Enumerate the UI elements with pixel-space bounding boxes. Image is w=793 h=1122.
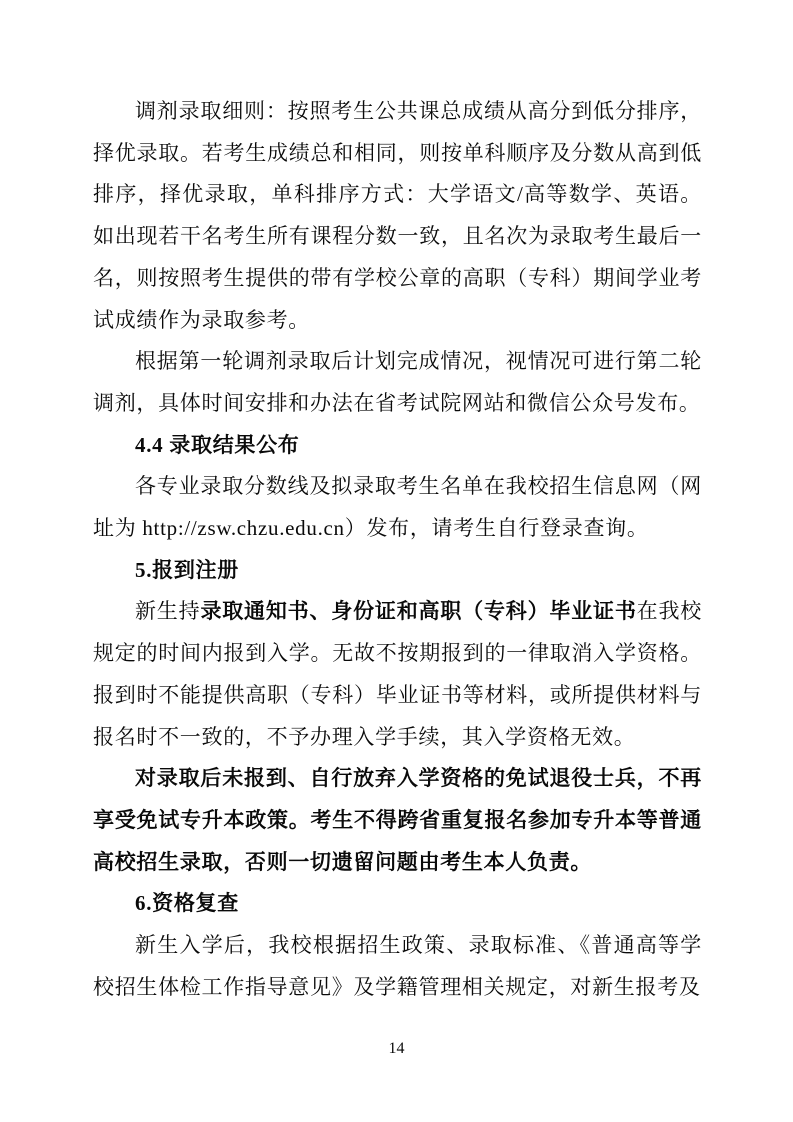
text-run: 新生持 bbox=[135, 599, 200, 623]
section-heading: 5.报到注册 bbox=[93, 550, 702, 592]
text-run: 录取通知书、身份证和高职（专科）毕业证书 bbox=[200, 599, 636, 623]
page-number: 14 bbox=[0, 1038, 793, 1060]
paragraph: 根据第一轮调剂录取后计划完成情况，视情况可进行第二轮调剂，具体时间安排和办法在省… bbox=[93, 341, 702, 424]
text-run: 新生入学后，我校根据招生政策、录取标准、《普通高等学校招生体检工作指导意见》及学… bbox=[93, 933, 702, 999]
paragraph: 各专业录取分数线及拟录取考生名单在我校招生信息网（网址为 http://zsw.… bbox=[93, 466, 702, 549]
paragraph: 对录取后未报到、自行放弃入学资格的免试退役士兵，不再享受免试专升本政策。考生不得… bbox=[93, 758, 702, 883]
text-run: 6.资格复查 bbox=[135, 891, 239, 915]
text-run: 5.报到注册 bbox=[135, 558, 239, 582]
section-heading: 6.资格复查 bbox=[93, 883, 702, 925]
text-run: 各专业录取分数线及拟录取考生名单在我校招生信息网（网址为 http://zsw.… bbox=[93, 474, 702, 540]
paragraph: 调剂录取细则：按照考生公共课总成绩从高分到低分排序，择优录取。若考生成绩总和相同… bbox=[93, 91, 702, 341]
text-run: 对录取后未报到、自行放弃入学资格的免试退役士兵，不再享受免试专升本政策。考生不得… bbox=[93, 766, 702, 873]
document-body: 调剂录取细则：按照考生公共课总成绩从高分到低分排序，择优录取。若考生成绩总和相同… bbox=[93, 91, 702, 1008]
document-page: 调剂录取细则：按照考生公共课总成绩从高分到低分排序，择优录取。若考生成绩总和相同… bbox=[0, 0, 793, 1122]
text-run: 调剂录取细则：按照考生公共课总成绩从高分到低分排序，择优录取。若考生成绩总和相同… bbox=[93, 99, 702, 332]
text-run: 根据第一轮调剂录取后计划完成情况，视情况可进行第二轮调剂，具体时间安排和办法在省… bbox=[93, 349, 702, 415]
paragraph: 新生持录取通知书、身份证和高职（专科）毕业证书在我校规定的时间内报到入学。无故不… bbox=[93, 591, 702, 758]
text-run: 4.4 录取结果公布 bbox=[135, 433, 300, 457]
paragraph: 新生入学后，我校根据招生政策、录取标准、《普通高等学校招生体检工作指导意见》及学… bbox=[93, 925, 702, 1008]
section-heading: 4.4 录取结果公布 bbox=[93, 425, 702, 467]
